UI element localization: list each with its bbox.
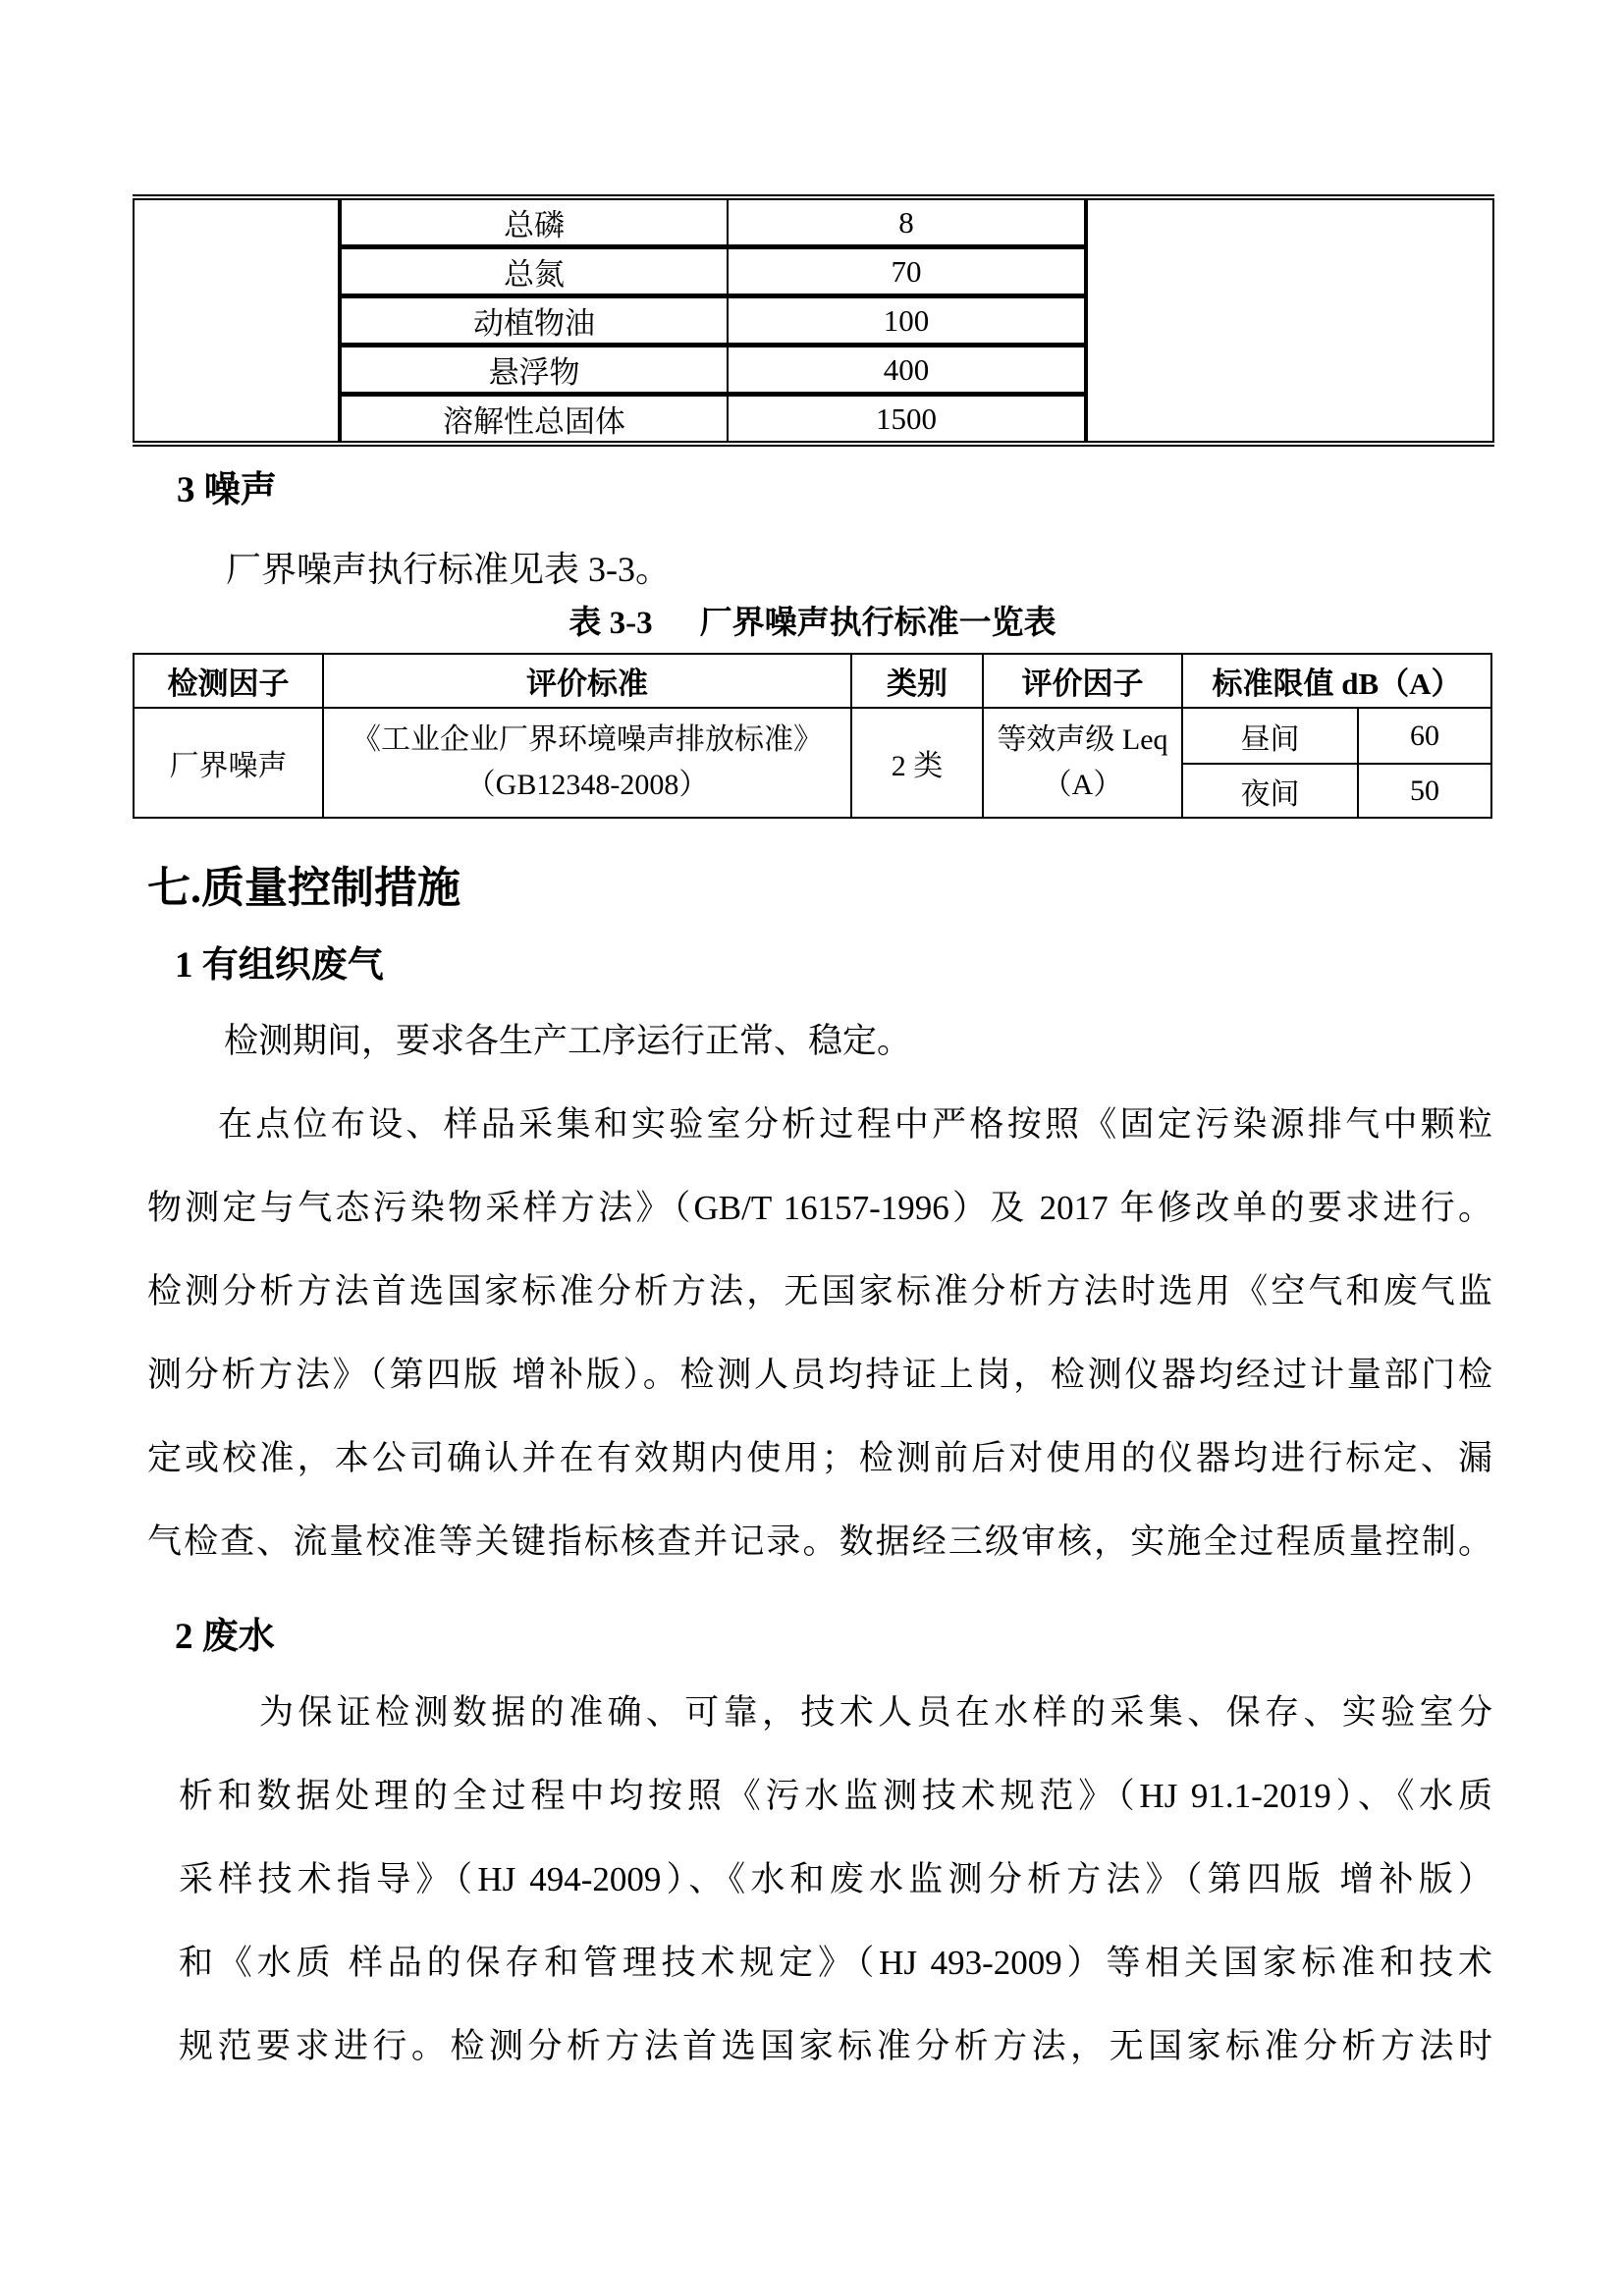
- standard-cell: 《工业企业厂界环境噪声排放标准》 （GB12348-2008）: [323, 708, 851, 818]
- standard-line1: 《工业企业厂界环境噪声排放标准》: [324, 718, 850, 764]
- table-caption: 表 3-3 厂界噪声执行标准一览表: [133, 597, 1492, 643]
- paragraph-line: 和《水质 样品的保存和管理技术规定》（HJ 493-2009）等相关国家标准和技…: [179, 1921, 1492, 2004]
- header-category: 类别: [851, 654, 983, 708]
- period-cell: 夜间: [1182, 764, 1358, 818]
- standard-line2: （GB12348-2008）: [324, 763, 850, 809]
- param-cell: 总氮: [340, 247, 728, 296]
- table-caption-title: 厂界噪声执行标准一览表: [700, 597, 1056, 643]
- table-row: 厂界噪声 《工业企业厂界环境噪声排放标准》 （GB12348-2008） 2 类…: [134, 708, 1491, 764]
- table-row: 总磷 8: [134, 197, 1493, 247]
- header-limit: 标准限值 dB（A）: [1182, 654, 1491, 708]
- factor-cell: 厂界噪声: [134, 708, 323, 818]
- noise-intro-text: 厂界噪声执行标准见表 3-3。: [226, 542, 671, 592]
- category-cell: 2 类: [851, 708, 983, 818]
- paragraph-line: 规范要求进行。检测分析方法首选国家标准分析方法，无国家标准分析方法时: [179, 2004, 1492, 2088]
- paragraph-line: 检测分析方法首选国家标准分析方法，无国家标准分析方法时选用《空气和废气监: [147, 1250, 1492, 1333]
- paragraph-line: 物测定与气态污染物采样方法》（GB/T 16157-1996）及 2017 年修…: [147, 1166, 1492, 1250]
- paragraph-line: 气检查、流量校准等关键指标核查并记录。数据经三级审核，实施全过程质量控制。: [147, 1500, 1492, 1583]
- param-cell: 溶解性总固体: [340, 395, 728, 445]
- document-page: 总磷 8 总氮 70 动植物油 100 悬浮物 400 溶解性总固体 1500 …: [0, 0, 1624, 2296]
- value-cell: 1500: [728, 395, 1086, 445]
- limit-value-cell: 50: [1358, 764, 1491, 818]
- limit-value-cell: 60: [1358, 708, 1491, 764]
- value-cell: 100: [728, 296, 1086, 346]
- merged-left-cell: [134, 197, 340, 444]
- noise-standards-table: 检测因子 评价标准 类别 评价因子 标准限值 dB（A） 厂界噪声 《工业企业厂…: [133, 653, 1492, 819]
- continuation-table: 总磷 8 总氮 70 动植物油 100 悬浮物 400 溶解性总固体 1500: [133, 194, 1494, 447]
- quality-chapter-heading: 七.质量控制措施: [147, 852, 460, 915]
- eval-factor-cell: 等效声级 Leq （A）: [983, 708, 1182, 818]
- value-cell: 70: [728, 247, 1086, 296]
- paragraph-line: 在点位布设、样品采集和实验室分析过程中严格按照《固定污染源排气中颗粒: [147, 1083, 1492, 1166]
- eval-factor-line2: （A）: [984, 763, 1181, 809]
- organized-gas-heading: 1 有组织废气: [175, 934, 384, 988]
- param-cell: 总磷: [340, 197, 728, 247]
- header-factor: 检测因子: [134, 654, 323, 708]
- paragraph-line: 析和数据处理的全过程中均按照《污水监测技术规范》（HJ 91.1-2019）、《…: [179, 1754, 1492, 1838]
- merged-right-cell: [1086, 197, 1493, 444]
- noise-section-heading: 3 噪声: [177, 459, 277, 512]
- header-standard: 评价标准: [323, 654, 851, 708]
- period-cell: 昼间: [1182, 708, 1358, 764]
- organized-gas-paragraph: 检测期间，要求各生产工序运行正常、稳定。 在点位布设、样品采集和实验室分析过程中…: [147, 999, 1492, 1583]
- paragraph-line: 采样技术指导》（HJ 494-2009）、《水和废水监测分析方法》（第四版 增补…: [179, 1838, 1492, 1921]
- paragraph-line: 为保证检测数据的准确、可靠，技术人员在水样的采集、保存、实验室分: [179, 1671, 1492, 1754]
- wastewater-paragraph: 为保证检测数据的准确、可靠，技术人员在水样的采集、保存、实验室分 析和数据处理的…: [179, 1671, 1492, 2088]
- param-cell: 悬浮物: [340, 346, 728, 395]
- header-eval-factor: 评价因子: [983, 654, 1182, 708]
- wastewater-heading: 2 废水: [175, 1606, 275, 1659]
- table-caption-label: 表 3-3: [568, 597, 652, 643]
- table-header-row: 检测因子 评价标准 类别 评价因子 标准限值 dB（A）: [134, 654, 1491, 708]
- value-cell: 400: [728, 346, 1086, 395]
- paragraph-line: 定或校准，本公司确认并在有效期内使用；检测前后对使用的仪器均进行标定、漏: [147, 1416, 1492, 1500]
- value-cell: 8: [728, 197, 1086, 247]
- eval-factor-line1: 等效声级 Leq: [984, 718, 1181, 764]
- paragraph-line: 检测期间，要求各生产工序运行正常、稳定。: [147, 999, 1492, 1083]
- param-cell: 动植物油: [340, 296, 728, 346]
- paragraph-line: 测分析方法》（第四版 增补版）。检测人员均持证上岗，检测仪器均经过计量部门检: [147, 1333, 1492, 1416]
